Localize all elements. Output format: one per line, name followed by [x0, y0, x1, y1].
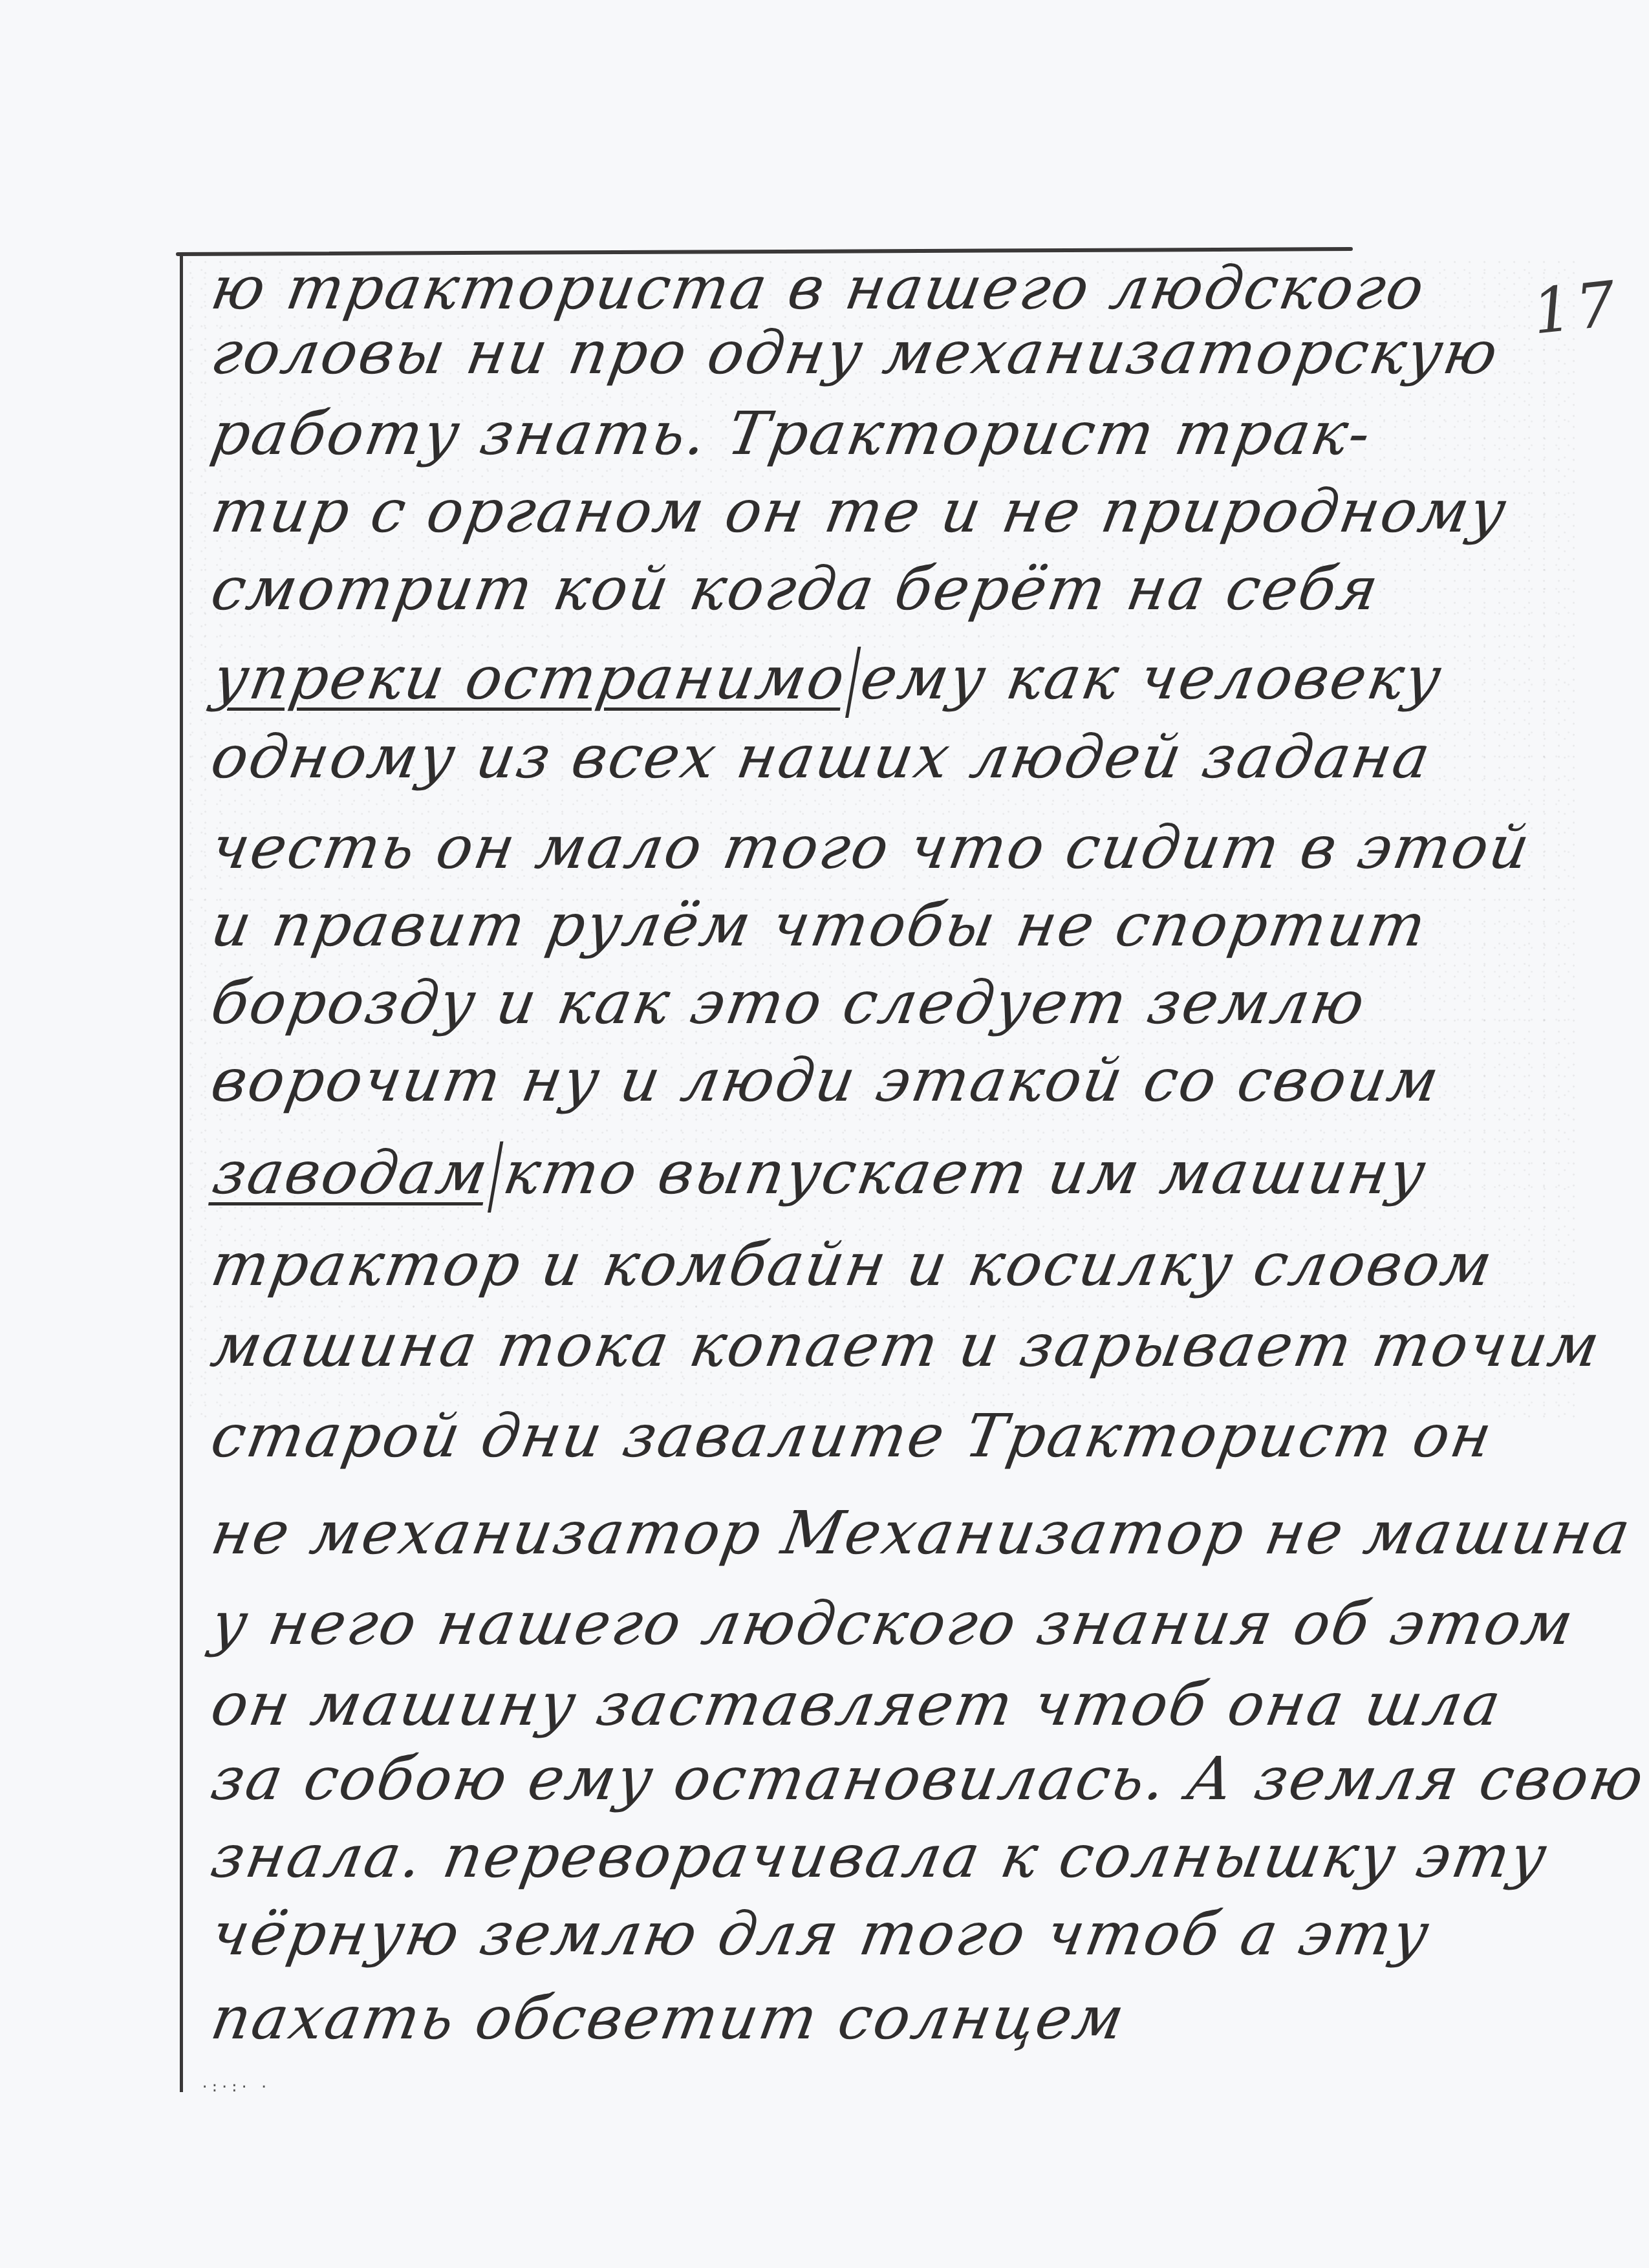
text-line-19: за собою ему остановилась. А земля свою	[207, 1749, 1649, 1809]
text-line-21: чёрную землю для того чтоб а эту	[207, 1905, 1435, 1964]
text-line-6-rest: ему как человеку	[856, 643, 1448, 713]
text-line-15: старой дни завалите Тракторист он	[207, 1407, 1498, 1466]
underlined-phrase: упреки остранимо	[208, 643, 852, 713]
text-line-10: борозду и как это следует землю	[207, 973, 1371, 1033]
text-line-5: смотрит кой когда берёт на себя	[207, 559, 1384, 619]
text-line-12: заводамкто выпускает им машину	[207, 1141, 1432, 1213]
text-line-22: пахать обсветит солнцем	[207, 1989, 1130, 2048]
document-page: 17 ю тракториста в нашего людского голов…	[0, 0, 1649, 2268]
text-line-18: он машину заставляет чтоб она шла	[207, 1675, 1507, 1734]
left-margin-line	[180, 252, 183, 2092]
text-line-7: одному из всех наших людей задана	[207, 728, 1436, 787]
page-number: 17	[1529, 267, 1623, 348]
text-line-16: не механизатор Механизатор не машина	[207, 1504, 1636, 1563]
text-line-17: у него нашего людского знания об этом	[207, 1594, 1579, 1654]
text-line-14: машина тока копает и зарывает точим	[207, 1316, 1606, 1376]
text-line-20: знала. переворачивала к солнышку эту	[207, 1827, 1553, 1886]
text-line-9: и правит рулём чтобы не спортит	[207, 896, 1432, 955]
text-line-2: головы ни про одну механизаторскую	[207, 323, 1503, 383]
text-line-3: работу знать. Тракторист трак-	[207, 404, 1377, 464]
text-line-8: честь он мало того что сидит в этой	[207, 818, 1535, 878]
underlined-word: заводам	[208, 1138, 494, 1207]
text-line-13: трактор и комбайн и косилку словом	[207, 1235, 1498, 1295]
text-line-11: ворочит ну и люди этакой со своим	[207, 1051, 1445, 1110]
text-line-1: ю тракториста в нашего людского	[207, 259, 1430, 318]
text-line-6: упреки остранимоему как человеку	[207, 647, 1447, 718]
margin-marks: ·:·:· ·	[200, 2079, 270, 2095]
text-line-12-rest: кто выпускает им машину	[499, 1138, 1432, 1207]
text-line-4: тир с органом он те и не природному	[207, 482, 1512, 541]
